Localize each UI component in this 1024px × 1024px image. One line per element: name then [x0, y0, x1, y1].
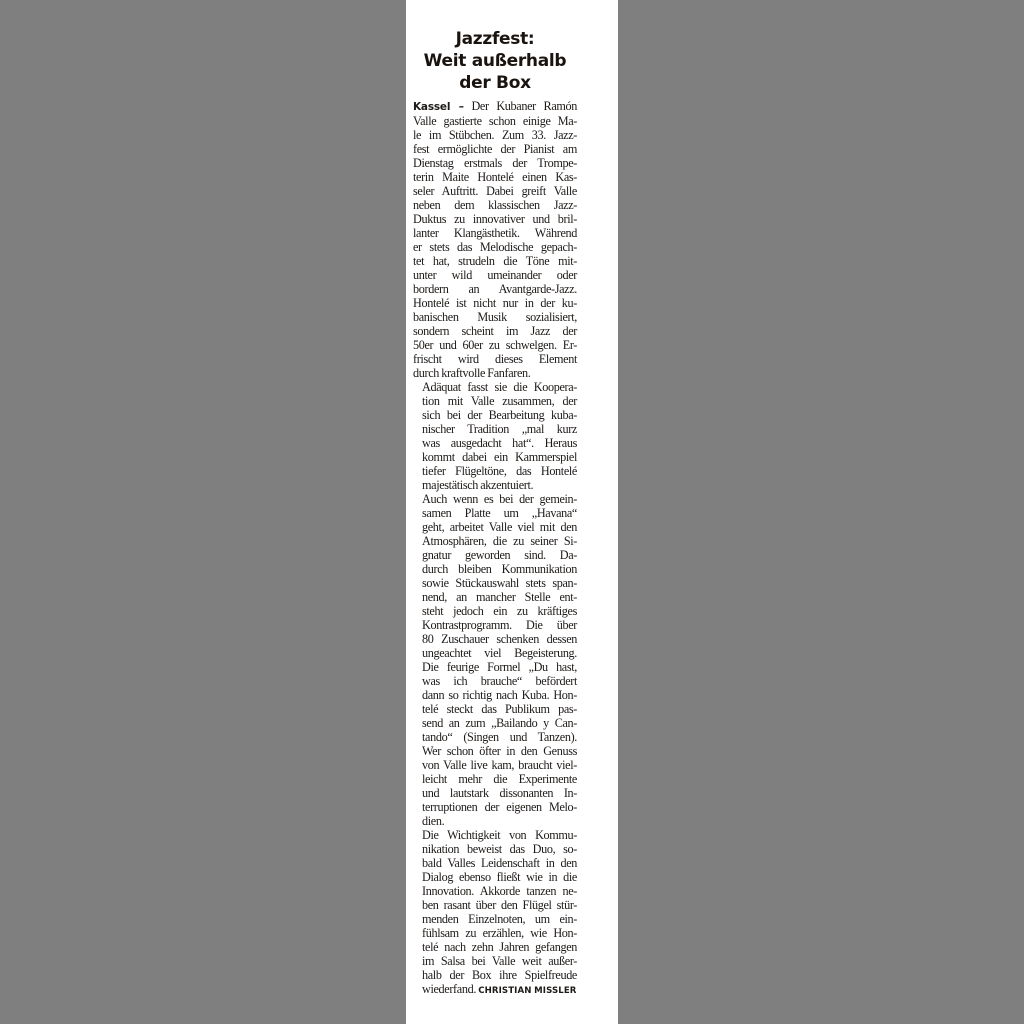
text-line: sich bei der Bearbeitung kuba- — [413, 408, 577, 422]
article-body: Kassel – Der Kubaner RamónValle gastiert… — [413, 99, 577, 998]
text-line: neben dem klassischen Jazz- — [413, 198, 577, 212]
text-line: tet hat, strudeln die Töne mit- — [413, 254, 577, 268]
text-line: er stets das Melodische gepach- — [413, 240, 577, 254]
text-line: sowie Stückauswahl stets span- — [413, 576, 577, 590]
text-line: Innovation. Akkorde tanzen ne- — [413, 884, 577, 898]
text-line: im Salsa bei Valle weit außer- — [413, 954, 577, 968]
text-line: bald Valles Leidenschaft in den — [413, 856, 577, 870]
text-line: Die Wichtigkeit von Kommu- — [413, 828, 577, 842]
text-line: ungeachtet viel Begeisterung. — [413, 646, 577, 660]
text-line: 50er und 60er zu schwelgen. Er- — [413, 338, 577, 352]
text-line: menden Einzelnoten, um ein- — [413, 912, 577, 926]
text-line: Kassel – Der Kubaner Ramón — [413, 99, 577, 114]
text-line: sondern scheint im Jazz der — [413, 324, 577, 338]
text-line: seler Auftritt. Dabei greift Valle — [413, 184, 577, 198]
text-line: tando“ (Singen und Tanzen). — [413, 730, 577, 744]
text-line: steht jedoch ein zu kräftiges — [413, 604, 577, 618]
dateline: Kassel – — [413, 101, 464, 113]
text-line: samen Platte um „Havana“ — [413, 506, 577, 520]
text-line: wiederfand. CHRISTIAN MISSLER — [413, 982, 577, 998]
text-line: leicht mehr die Experimente — [413, 772, 577, 786]
headline-line-3: der Box — [413, 72, 577, 94]
text-line: gnatur geworden sind. Da- — [413, 548, 577, 562]
text-line: nikation beweist das Duo, so- — [413, 842, 577, 856]
text-line: Atmosphären, die zu seiner Si- — [413, 534, 577, 548]
paragraph-4: Die Wichtigkeit von Kommu-nikation bewei… — [413, 828, 577, 998]
text-line: Dienstag erstmals der Trompe- — [413, 156, 577, 170]
article: Jazzfest: Weit außerhalb der Box Kassel … — [413, 28, 577, 998]
text-line: tion mit Valle zusammen, der — [413, 394, 577, 408]
text-line: halb der Box ihre Spielfreude — [413, 968, 577, 982]
text-line: tiefer Flügeltöne, das Hontelé — [413, 464, 577, 478]
text-line: Valle gastierte schon einige Ma- — [413, 114, 577, 128]
text-line: Adäquat fasst sie die Koopera- — [413, 380, 577, 394]
text-line: kommt dabei ein Kammerspiel — [413, 450, 577, 464]
text-line: von Valle live kam, braucht viel- — [413, 758, 577, 772]
author-byline: CHRISTIAN MISSLER — [478, 986, 576, 996]
text-line: le im Stübchen. Zum 33. Jazz- — [413, 128, 577, 142]
text-line: Duktus zu innovativer und bril- — [413, 212, 577, 226]
text-line: 80 Zuschauer schenken dessen — [413, 632, 577, 646]
text-line: was ausgedacht hat“. Heraus — [413, 436, 577, 450]
paragraph-1: Kassel – Der Kubaner RamónValle gastiert… — [413, 99, 577, 380]
text-line: Kontrastprogramm. Die über — [413, 618, 577, 632]
text-line: lanter Klangästhetik. Während — [413, 226, 577, 240]
text-line: Hontelé ist nicht nur in der ku- — [413, 296, 577, 310]
text-line: Die feurige Formel „Du hast, — [413, 660, 577, 674]
text-line: dien. — [413, 814, 577, 828]
text-line: telé nach zehn Jahren gefangen — [413, 940, 577, 954]
paragraph-2: Adäquat fasst sie die Koopera-tion mit V… — [413, 380, 577, 492]
text-line: nend, an mancher Stelle ent- — [413, 590, 577, 604]
text-line: frischt wird dieses Element — [413, 352, 577, 366]
text-line: telé steckt das Publikum pas- — [413, 702, 577, 716]
text-line: unter wild umeinander oder — [413, 268, 577, 282]
text-line: was ich brauche“ befördert — [413, 674, 577, 688]
text-line: durch kraftvolle Fanfaren. — [413, 366, 577, 380]
text-line: fühlsam zu erzählen, wie Hon- — [413, 926, 577, 940]
text-line: terin Maite Hontelé einen Kas- — [413, 170, 577, 184]
text-line: bordern an Avantgarde-Jazz. — [413, 282, 577, 296]
text-line: terruptionen der eigenen Melo- — [413, 800, 577, 814]
text-line: Dialog ebenso fließt wie in die — [413, 870, 577, 884]
text-line: ben rasant über den Flügel stür- — [413, 898, 577, 912]
text-line: durch bleiben Kommunikation — [413, 562, 577, 576]
text-line: dann so richtig nach Kuba. Hon- — [413, 688, 577, 702]
text-line: und lautstark dissonanten In- — [413, 786, 577, 800]
headline-line-2: Weit außerhalb — [413, 50, 577, 72]
text-line: fest ermöglichte der Pianist am — [413, 142, 577, 156]
text-line: nischer Tradition „mal kurz — [413, 422, 577, 436]
text-line: geht, arbeitet Valle viel mit den — [413, 520, 577, 534]
text-line: Auch wenn es bei der gemein- — [413, 492, 577, 506]
headline: Jazzfest: Weit außerhalb der Box — [413, 28, 577, 94]
text-line: majestätisch akzentuiert. — [413, 478, 577, 492]
headline-line-1: Jazzfest: — [413, 28, 577, 50]
text-line: Wer schon öfter in den Genuss — [413, 744, 577, 758]
text-line: banischen Musik sozialisiert, — [413, 310, 577, 324]
text-line: send an zum „Bailando y Can- — [413, 716, 577, 730]
paragraph-3: Auch wenn es bei der gemein-samen Platte… — [413, 492, 577, 828]
